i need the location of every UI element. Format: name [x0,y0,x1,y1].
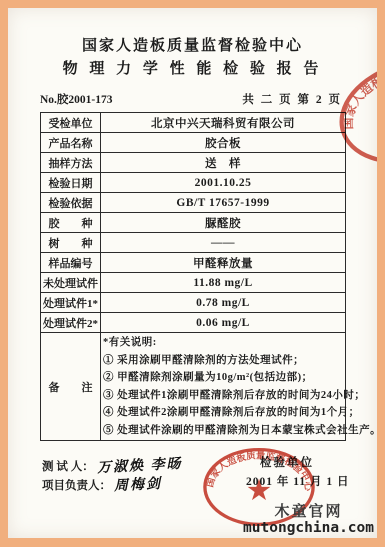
row-label: 树 种 [41,233,101,253]
row-value: 0.06 mg/L [101,313,346,333]
row-value: 2001.10.25 [101,173,346,193]
row-label: 产品名称 [41,133,101,153]
table-row: 检验日期 2001.10.25 [41,173,346,193]
page-subtitle: 物 理 力 学 性 能 检 验 报 告 [8,57,377,78]
page-count: 共 二 页 第 2 页 [242,91,342,107]
table-row: 检验依据 GB/T 17657-1999 [41,193,346,213]
row-label: 检验日期 [41,173,101,193]
row-label: 处理试件2* [41,313,101,333]
remarks-item: ② 甲醛清除剂涂刷量为10g/m²(包括边部)； [103,369,343,387]
table-row: 产品名称 胶合板 [41,133,346,153]
row-value: GB/T 17657-1999 [101,193,346,213]
row-value: 甲醛释放量 [101,253,346,273]
row-label: 未处理试件 [41,273,101,293]
tester-label: 测 试 人： [42,461,94,473]
report-number-row: No.胶2001-173 共 二 页 第 2 页 [40,91,342,107]
report-date: 2001 年 11 月 1 日 [246,473,350,489]
remarks-item: ④ 处理试件2涂刷甲醛清除剂后存放的时间为1个月； [103,404,343,422]
remarks-item: ⑤ 处理试件涂刷的甲醛清除剂为日本蒙宝株式会社生产。 [103,422,343,440]
page-title: 国家人造板质量监督检验中心 [8,34,377,55]
row-value: 胶合板 [101,133,346,153]
remarks-content: *有关说明: ① 采用涂刷甲醛清除剂的方法处理试件； ② 甲醛清除剂涂刷量为10… [101,333,346,441]
table-row: 处理试件1* 0.78 mg/L [41,293,346,313]
inspection-unit-label: 检验单位 [260,454,350,470]
row-value: —— [101,233,346,253]
row-label: 处理试件1* [41,293,101,313]
remarks-item: ① 采用涂刷甲醛清除剂的方法处理试件； [103,352,343,370]
table-row: 处理试件2* 0.06 mg/L [41,313,346,333]
report-number: No.胶2001-173 [40,91,113,107]
table-row: 样品编号 甲醛释放量 [41,253,346,273]
site-watermark: 木童官网 mutongchina.com [243,504,374,536]
report-table: 受检单位 北京中兴天瑞科贸有限公司 产品名称 胶合板 抽样方法 送 样 检验日期… [40,112,346,441]
row-value: 0.78 mg/L [101,293,346,313]
row-label: 样品编号 [41,253,101,273]
signature-block: 测 试 人： 万淑焕 李旸 项目负责人： 周梅剑 [42,455,182,493]
row-value: 北京中兴天瑞科贸有限公司 [101,113,346,133]
leader-label: 项目负责人： [42,480,111,492]
row-value: 11.88 mg/L [101,273,346,293]
table-row: 抽样方法 送 样 [41,153,346,173]
table-row: 胶 种 脲醛胶 [41,213,346,233]
report-paper: 国家人造板质量监督检验中心 物 理 力 学 性 能 检 验 报 告 No.胶20… [8,8,377,538]
leader-signature: 周梅剑 [113,473,162,495]
row-label: 抽样方法 [41,153,101,173]
table-row: 树 种 —— [41,233,346,253]
inspection-unit-block: 检验单位 2001 年 11 月 1 日 [246,454,350,489]
row-label: 受检单位 [41,113,101,133]
row-value: 脲醛胶 [101,213,346,233]
scanned-report-photo: { "header": { "title": "国家人造板质量监督检验中心", … [0,0,385,547]
watermark-url: mutongchina.com [243,520,374,536]
remarks-row: 备 注 *有关说明: ① 采用涂刷甲醛清除剂的方法处理试件； ② 甲醛清除剂涂刷… [41,333,346,441]
table-row: 未处理试件 11.88 mg/L [41,273,346,293]
table-row: 受检单位 北京中兴天瑞科贸有限公司 [41,113,346,133]
leader-line: 项目负责人： 周梅剑 [42,474,182,493]
tester-line: 测 试 人： 万淑焕 李旸 [42,455,182,474]
row-label: 检验依据 [41,193,101,213]
remarks-label: 备 注 [41,333,101,441]
row-value: 送 样 [101,153,346,173]
remarks-item: ③ 处理试件1涂刷甲醛清除剂后存放的时间为24小时； [103,387,343,405]
watermark-cn: 木童官网 [243,504,374,520]
row-label: 胶 种 [41,213,101,233]
remarks-heading: *有关说明: [103,334,343,352]
